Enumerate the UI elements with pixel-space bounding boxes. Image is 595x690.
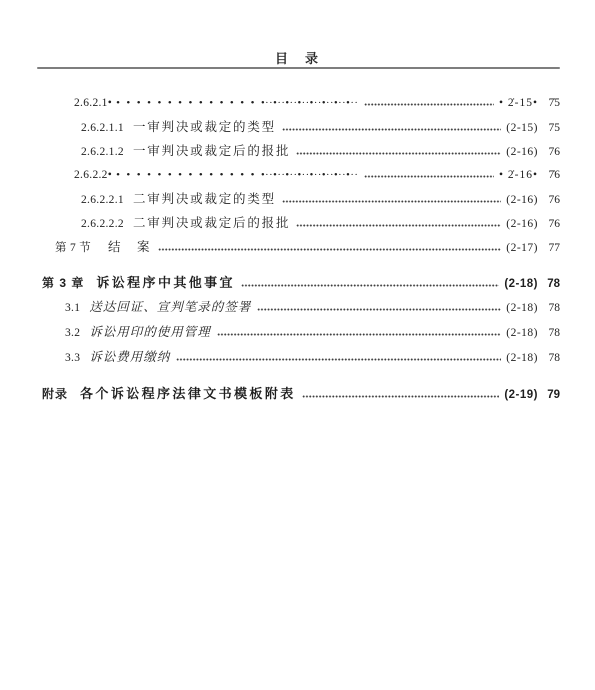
entry-ref: (2-18)	[506, 346, 538, 371]
entry-ref: (2-18)	[506, 296, 538, 321]
toc-entry: 3.2 诉讼用印的使用管理 (2-18) 78	[40, 320, 560, 345]
dot-leader	[364, 103, 494, 106]
toc-entry: 2.6.2.2.2 二审判决或裁定后的报批 (2-16) 76	[40, 211, 560, 235]
entry-number: 第 3 章	[42, 271, 84, 295]
dot-leader	[176, 358, 501, 361]
bullet-dot-transition: •··•··•··•··•··•··•··•··	[261, 92, 358, 116]
toc-entry: 2.6.2.2• •••••••••••••• •··•··•··•··•··•…	[40, 163, 560, 187]
page-title: 目 录	[0, 48, 595, 67]
entry-ref: (2-17)	[506, 236, 538, 260]
entry-number: 3.1	[65, 296, 80, 321]
dot-leader	[282, 200, 501, 203]
entry-number: 附录	[42, 382, 68, 406]
toc-entry: 2.6.2.1.1 一审判决或裁定的类型 (2-15) 75	[40, 115, 560, 139]
entry-ref: (2-16)	[506, 188, 538, 212]
entry-title: 结 案	[108, 235, 152, 259]
dot-leader	[302, 395, 500, 398]
entry-ref: (2-15)	[506, 116, 538, 140]
dot-leader	[257, 308, 501, 311]
toc-chapter-entry: 第 3 章 诉讼程序中其他事宜 (2-18) 78	[40, 271, 560, 295]
toc-entry: 3.3 诉讼费用缴纳 (2-18) 78	[40, 345, 560, 370]
entry-ref: • 2̇-16•	[499, 163, 538, 187]
toc-entry: 2.6.2.1• •••••••••••••• •··•··•··•··•··•…	[40, 91, 560, 115]
redacted-bullets: ••••••••••••••	[116, 163, 261, 187]
entry-title: 送达回证、宣判笔录的签署	[89, 295, 251, 320]
entry-page: 78	[545, 296, 560, 321]
scanned-toc-page: 目 录 2.6.2.1• •••••••••••••• •··•··•··•··…	[0, 0, 595, 690]
dot-leader	[217, 333, 501, 336]
entry-page: 7̇6	[545, 163, 560, 187]
entry-number: 第 7 节	[55, 236, 91, 260]
entry-title: 诉讼程序中其他事宜	[96, 271, 235, 295]
entry-number: 3.2	[65, 321, 80, 346]
entry-title: 诉讼用印的使用管理	[89, 320, 211, 345]
entry-title: 二审判决或裁定后的报批	[133, 211, 290, 235]
entry-title: 一审判决或裁定后的报批	[133, 139, 290, 163]
entry-page: 78	[545, 272, 560, 296]
entry-number: 2.6.2.2•	[74, 163, 112, 187]
entry-page: 76	[545, 188, 560, 212]
entry-ref: (2-18)	[506, 321, 538, 346]
toc-list: 2.6.2.1• •••••••••••••• •··•··•··•··•··•…	[40, 91, 560, 406]
entry-page: 75	[545, 116, 560, 140]
dot-leader	[296, 152, 501, 155]
toc-entry: 2.6.2.1.2 一审判决或裁定后的报批 (2-16) 76	[40, 139, 560, 163]
entry-page: 79	[545, 383, 560, 407]
entry-number: 2.6.2.1.1	[81, 116, 124, 140]
dot-leader	[364, 175, 494, 178]
toc-appendix-entry: 附录 各个诉讼程序法律文书模板附表 (2-19) 79	[40, 382, 560, 406]
entry-page: 7̇5	[545, 91, 560, 115]
entry-ref: (2-16)	[506, 212, 538, 236]
entry-page: 76	[545, 140, 560, 164]
dot-leader	[158, 248, 502, 251]
entry-page: 78	[545, 346, 560, 371]
entry-title: 一审判决或裁定的类型	[133, 115, 276, 139]
header-divider-rule	[37, 67, 560, 69]
entry-ref: (2-16)	[506, 140, 538, 164]
entry-ref: • 2̇-15•	[499, 91, 538, 115]
toc-entry: 2.6.2.2.1 二审判决或裁定的类型 (2-16) 76	[40, 187, 560, 211]
dot-leader	[282, 128, 501, 131]
entry-ref: (2-19)	[504, 383, 538, 407]
entry-number: 3.3	[65, 346, 80, 371]
dot-leader	[241, 284, 499, 287]
bullet-dot-transition: •··•··•··•··•··•··•··•··	[261, 164, 358, 188]
entry-title: 各个诉讼程序法律文书模板附表	[80, 382, 296, 406]
entry-page: 76	[545, 212, 560, 236]
toc-entry: 第 7 节 结 案 (2-17) 77	[40, 235, 560, 259]
redacted-bullets: ••••••••••••••	[116, 91, 261, 115]
entry-title: 诉讼费用缴纳	[89, 345, 170, 370]
toc-entry: 3.1 送达回证、宣判笔录的签署 (2-18) 78	[40, 295, 560, 320]
dot-leader	[296, 224, 501, 227]
entry-page: 77	[545, 236, 560, 260]
entry-page: 78	[545, 321, 560, 346]
entry-number: 2.6.2.1.2	[81, 140, 124, 164]
entry-number: 2.6.2.1•	[74, 91, 112, 115]
entry-ref: (2-18)	[504, 272, 538, 296]
entry-number: 2.6.2.2.1	[81, 188, 124, 212]
entry-number: 2.6.2.2.2	[81, 212, 124, 236]
entry-title: 二审判决或裁定的类型	[133, 187, 276, 211]
